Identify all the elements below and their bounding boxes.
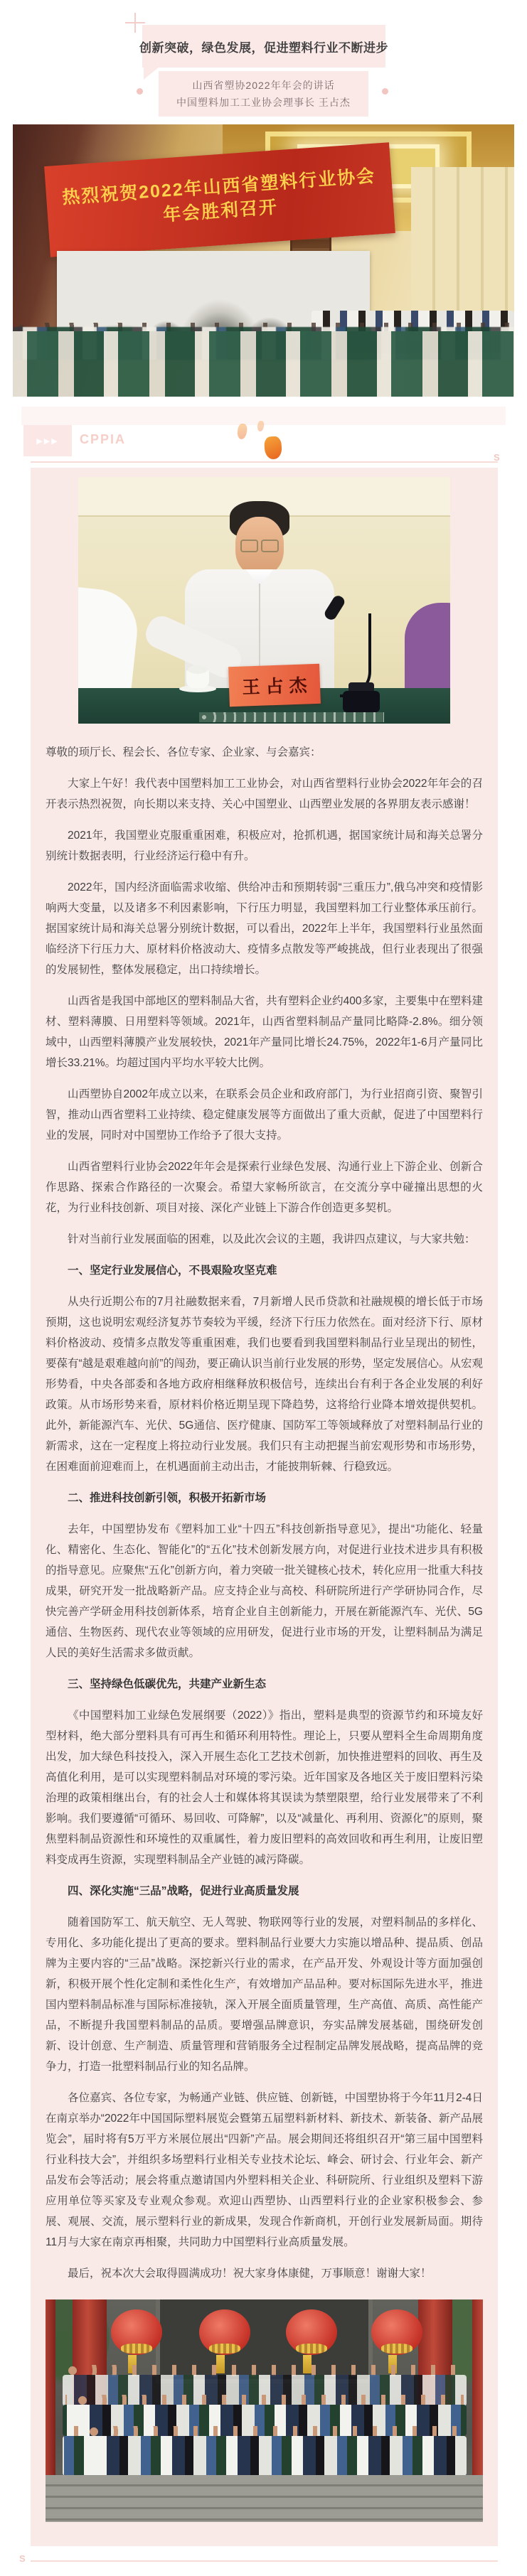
red-lantern-icon (286, 2309, 337, 2355)
paragraph: 去年，中国塑协发布《塑料加工业“十四五”科技创新指导意见》，提出“功能化、轻量化… (46, 1519, 483, 1663)
paragraph: 随着国防军工、航天航空、无人驾驶、物联网等行业的发展，对塑料制品的多样化、专用化… (46, 1912, 483, 2077)
crowd-row (63, 2436, 467, 2476)
footer-line (31, 2560, 498, 2562)
paragraph: 《中国塑料加工业绿色发展纲要（2022）》指出，塑料是典型的资源节约和环境友好型… (46, 1705, 483, 1870)
cppia-brand: CPPIA (80, 432, 126, 447)
dot-decor-left (137, 88, 143, 95)
bubble-tail (144, 67, 159, 80)
article-body: 尊敬的顼厅长、程会长、各位专家、企业家、与会嘉宾： 大家上午好！我代表中国塑料加… (46, 742, 483, 2284)
paragraph: 各位嘉宾、各位专家，为畅通产业链、供应链、创新链，中国塑协将于今年11月2-4日… (46, 2088, 483, 2253)
triple-arrow-icon: ▶▶▶ (36, 436, 58, 446)
stone-steps (46, 2475, 483, 2522)
squiggle-icon-left: S (19, 2553, 26, 2564)
red-lantern-icon (371, 2309, 422, 2355)
name-card: 王占杰 (228, 664, 321, 707)
lace-runner (199, 712, 384, 722)
subtitle-line2: 中国塑料加工工业协会理事长 王占杰 (176, 94, 351, 111)
dot-decor-right (382, 88, 388, 95)
banner-text: 热烈祝贺2022年山西省塑料行业协会年会胜利召开 (55, 164, 384, 235)
paragraph: 2021年，我国塑业克服重重困难，积极应对，抢抓机遇，据国家统计局和海关总署分别… (46, 825, 483, 866)
paragraph: 山西塑协自2002年成立以来，在联系会员企业和政府部门，为行业招商引资、聚智引智… (46, 1084, 483, 1146)
section-heading-4: 四、深化实施“三品”战略，促进行业高质量发展 (46, 1881, 483, 1901)
section-heading-1: 一、坚定行业发展信心，不畏艰险攻坚克难 (46, 1260, 483, 1281)
group-photo[interactable] (46, 2299, 483, 2522)
paragraph: 针对当前行业发展面临的困难，以及此次会议的主题，我讲四点建议，与大家共勉： (46, 1229, 483, 1250)
paragraph: 尊敬的顼厅长、程会长、各位专家、企业家、与会嘉宾： (46, 742, 483, 763)
arrow-box: ▶▶▶ (23, 425, 72, 456)
paragraph: 山西省塑料行业协会2022年年会是探索行业绿色发展、沟通行业上下游企业、创新合作… (46, 1156, 483, 1218)
red-lantern-icon (199, 2309, 250, 2355)
glasses-icon (240, 540, 279, 551)
red-pillar (472, 2299, 483, 2483)
subtitle-line1: 山西省塑协2022年年会的讲话 (192, 77, 334, 94)
paragraph: 从央行近期公布的7月社融数据来看，7月新增人民币贷款和社融规模的增长低于市场预期… (46, 1292, 483, 1477)
lantern-decor-icon (235, 422, 284, 459)
section-heading-2: 二、推进科技创新引领，积极开拓新市场 (46, 1488, 483, 1508)
section-divider: ▶▶▶ CPPIA S (0, 425, 527, 462)
red-banner: 热烈祝贺2022年山西省塑料行业协会年会胜利召开 (44, 142, 395, 257)
subtitle-box: 山西省塑协2022年年会的讲话 中国塑料加工工业协会理事长 王占杰 (159, 71, 368, 117)
speaker-photo[interactable]: 王占杰 (78, 477, 450, 724)
red-pillar (46, 2299, 55, 2483)
paragraph: 2022年，国内经济面临需求收缩、供给冲击和预期转弱“三重压力”,俄乌冲突和疫情… (46, 877, 483, 980)
microphone-base (343, 691, 380, 712)
footer-divider: S (0, 2552, 527, 2576)
paragraph: 最后，祝本次大会取得圆满成功！祝大家身体康健，万事顺意！谢谢大家！ (46, 2263, 483, 2284)
section-heading-3: 三、坚持绿色低碳优先，共建产业新生态 (46, 1674, 483, 1695)
teacup-lid (188, 665, 208, 674)
divider-line (31, 461, 498, 463)
article-page: 创新突破，绿色发展，促进塑料行业不断进步 山西省塑协2022年年会的讲话 中国塑… (0, 0, 527, 2576)
page-title: 创新突破，绿色发展，促进塑料行业不断进步 (139, 38, 388, 55)
squiggle-icon-right: S (494, 452, 500, 463)
paragraph: 山西省是我国中部地区的塑料制品大省，共有塑料企业约400多家，主要集中在塑料建材… (46, 991, 483, 1073)
audience-row-front (13, 331, 514, 397)
title-bubble: 创新突破，绿色发展，促进塑料行业不断进步 (142, 25, 385, 68)
red-lantern-icon (111, 2309, 162, 2355)
name-card-text: 王占杰 (236, 671, 313, 699)
content-panel: 王占杰 尊敬的顼厅长、程会长、各位专家、企业家、与会嘉宾： 大家上午好！我代表中… (31, 468, 498, 2546)
paragraph: 大家上午好！我代表中国塑料加工工业协会，对山西省塑料行业协会2022年年会的召开… (46, 773, 483, 815)
conference-hall-photo[interactable]: 热烈祝贺2022年山西省塑料行业协会年会胜利召开 (13, 124, 514, 397)
